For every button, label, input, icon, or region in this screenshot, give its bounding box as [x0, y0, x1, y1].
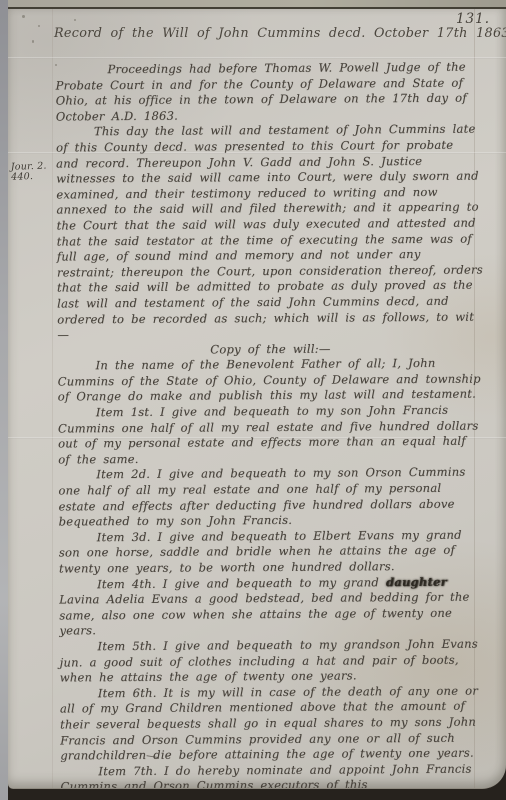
- will-item-1: Item 1st. I give and bequeath to my son …: [58, 403, 484, 468]
- document-body: Proceedings had before Thomas W. Powell …: [55, 60, 486, 789]
- will-item-6: Item 6th. It is my will in case of the d…: [60, 683, 487, 764]
- adjacent-page-edge: [0, 0, 8, 800]
- will-preamble-paragraph: In the name of the Benevolent Father of …: [58, 356, 484, 406]
- overwritten-word: daughter: [386, 574, 447, 588]
- ink-speck: [22, 15, 25, 18]
- previous-leaf-edge: [8, 0, 506, 9]
- will-item-4-text: Item 4th. I give and bequeath to my gran…: [97, 575, 386, 591]
- ink-speck: [32, 40, 34, 43]
- journal-margin-note: Jour. 2. 440.: [11, 161, 58, 183]
- will-item-3: Item 3d. I give and bequeath to Elbert E…: [59, 527, 485, 577]
- page-number: 131.: [456, 11, 490, 27]
- record-heading: Record of the Will of John Cummins decd.…: [54, 26, 496, 41]
- will-item-4-text: Lavina Adelia Evans a good bedstead, bed…: [59, 590, 469, 638]
- will-item-4: Item 4th. I give and bequeath to my gran…: [59, 574, 485, 639]
- left-margin-rule: [52, 9, 53, 788]
- ledger-photo: 131. Record of the Will of John Cummins …: [0, 0, 506, 800]
- ink-speck: [74, 19, 76, 21]
- paper-crease: [8, 57, 506, 59]
- probate-order-paragraph: This day the last will and testament of …: [56, 122, 484, 343]
- will-item-7: Item 7th. I do hereby nominate and appoi…: [60, 761, 486, 789]
- ink-speck: [38, 25, 40, 27]
- ledger-page: 131. Record of the Will of John Cummins …: [8, 9, 506, 789]
- will-item-2: Item 2d. I give and bequeath to my son O…: [58, 465, 484, 530]
- proceedings-paragraph: Proceedings had before Thomas W. Powell …: [55, 60, 481, 125]
- will-item-5: Item 5th. I give and bequeath to my gran…: [59, 636, 485, 686]
